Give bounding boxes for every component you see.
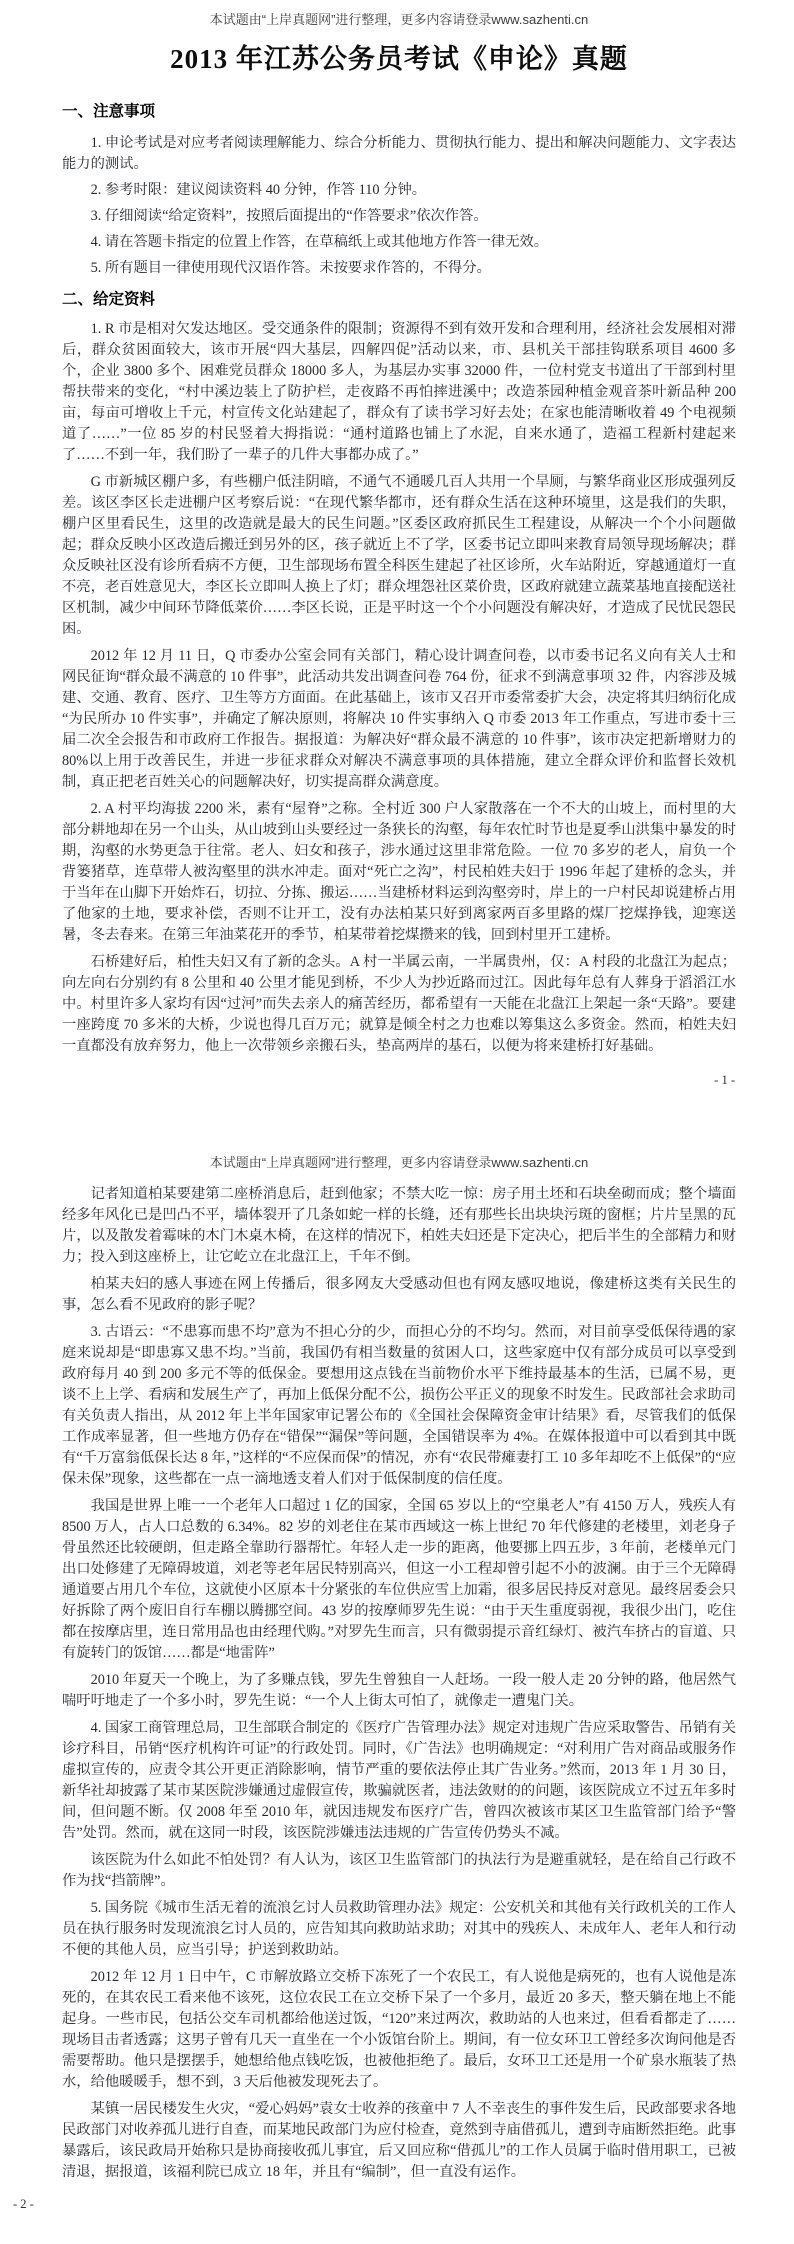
material-paragraph: 柏某夫妇的感人事迹在网上传播后，很多网友大受感动但也有网友感叹地说，像建桥这类有… bbox=[62, 1274, 736, 1316]
note-item: 1. 申论考试是对应考者阅读理解能力、综合分析能力、贯彻执行能力、提出和解决问题… bbox=[62, 133, 736, 175]
section-heading-notes: 一、注意事项 bbox=[62, 101, 736, 123]
material-paragraph: G 市新城区棚户多，有些棚户低洼阴暗，不通气不通暖几百人共用一个旱厕，与繁华商业… bbox=[62, 472, 736, 640]
exam-document: 本试题由“上岸真题网”进行整理，更多内容请登录www.sazhenti.cn 2… bbox=[0, 0, 794, 2244]
material-paragraph: 4. 国家工商管理总局，卫生部联合制定的《医疗广告管理办法》规定对违规广告应采取… bbox=[62, 1718, 736, 1844]
site-watermark-header: 本试题由“上岸真题网”进行整理，更多内容请登录www.sazhenti.cn bbox=[62, 1146, 736, 1172]
material-paragraph: 3. 古语云：“不患寡而患不均”意为不担心分的少，而担心分的不均匀。然而，对目前… bbox=[62, 1322, 736, 1490]
material-paragraph: 记者知道柏某要建第二座桥消息后，赶到他家；不禁大吃一惊：房子用土坯和石块垒砌而成… bbox=[62, 1184, 736, 1268]
page-number-1: - 1 - bbox=[711, 1072, 738, 1089]
document-title: 2013 年江苏公务员考试《申论》真题 bbox=[62, 41, 736, 77]
material-paragraph: 5. 国务院《城市生活无着的流浪乞讨人员救助管理办法》规定：公安机关和其他有关行… bbox=[62, 1898, 736, 1961]
material-paragraph: 石桥建好后，柏性夫妇又有了新的念头。A 村一半属云南，一半属贵州，仅：A 村段的… bbox=[62, 952, 736, 1057]
note-item: 3. 仔细阅读“给定资料”，按照后面提出的“作答要求”依次作答。 bbox=[62, 206, 736, 227]
material-paragraph: 1. R 市是相对欠发达地区。受交通条件的限制；资源得不到有效开发和合理利用，经… bbox=[62, 319, 736, 466]
material-paragraph: 我国是世界上唯一一个老年人口超过 1 亿的国家，全国 65 岁以上的“空巢老人”… bbox=[62, 1496, 736, 1664]
material-paragraph: 2012 年 12 月 11 日，Q 市委办公室会同有关部门，精心设计调查问卷，… bbox=[62, 646, 736, 793]
page-number-2: - 2 - bbox=[10, 2196, 37, 2213]
note-item: 4. 请在答题卡指定的位置上作答，在草稿纸上或其他地方作答一律无效。 bbox=[62, 232, 736, 253]
material-paragraph: 该医院为什么如此不怕处罚？有人认为，该区卫生监管部门的执法行为是避重就轻，是在给… bbox=[62, 1850, 736, 1892]
page-2: 本试题由“上岸真题网”进行整理，更多内容请登录www.sazhenti.cn 记… bbox=[0, 1146, 794, 2244]
material-paragraph: 2010 年夏天一个晚上，为了多赚点钱，罗先生曾独自一人赶场。一段一般人走 20… bbox=[62, 1670, 736, 1712]
material-paragraph: 2012 年 12 月 1 日中午，C 市解放路立交桥下冻死了一个农民工，有人说… bbox=[62, 1967, 736, 2093]
note-item: 5. 所有题目一律使用现代汉语作答。未按要求作答的，不得分。 bbox=[62, 258, 736, 279]
material-paragraph: 某镇一居民楼发生火灾，“爱心妈妈”袁女士收养的孩童中 7 人不幸丧生的事件发生后… bbox=[62, 2099, 736, 2183]
section-heading-materials: 二、给定资料 bbox=[62, 289, 736, 311]
note-item: 2. 参考时限：建议阅读资料 40 分钟，作答 110 分钟。 bbox=[62, 180, 736, 201]
material-paragraph: 2. A 村平均海拔 2200 米，素有“屋脊”之称。全村近 300 户人家散落… bbox=[62, 799, 736, 946]
site-watermark-header: 本试题由“上岸真题网”进行整理，更多内容请登录www.sazhenti.cn bbox=[62, 0, 736, 29]
page-1: 本试题由“上岸真题网”进行整理，更多内容请登录www.sazhenti.cn 2… bbox=[0, 0, 794, 1146]
